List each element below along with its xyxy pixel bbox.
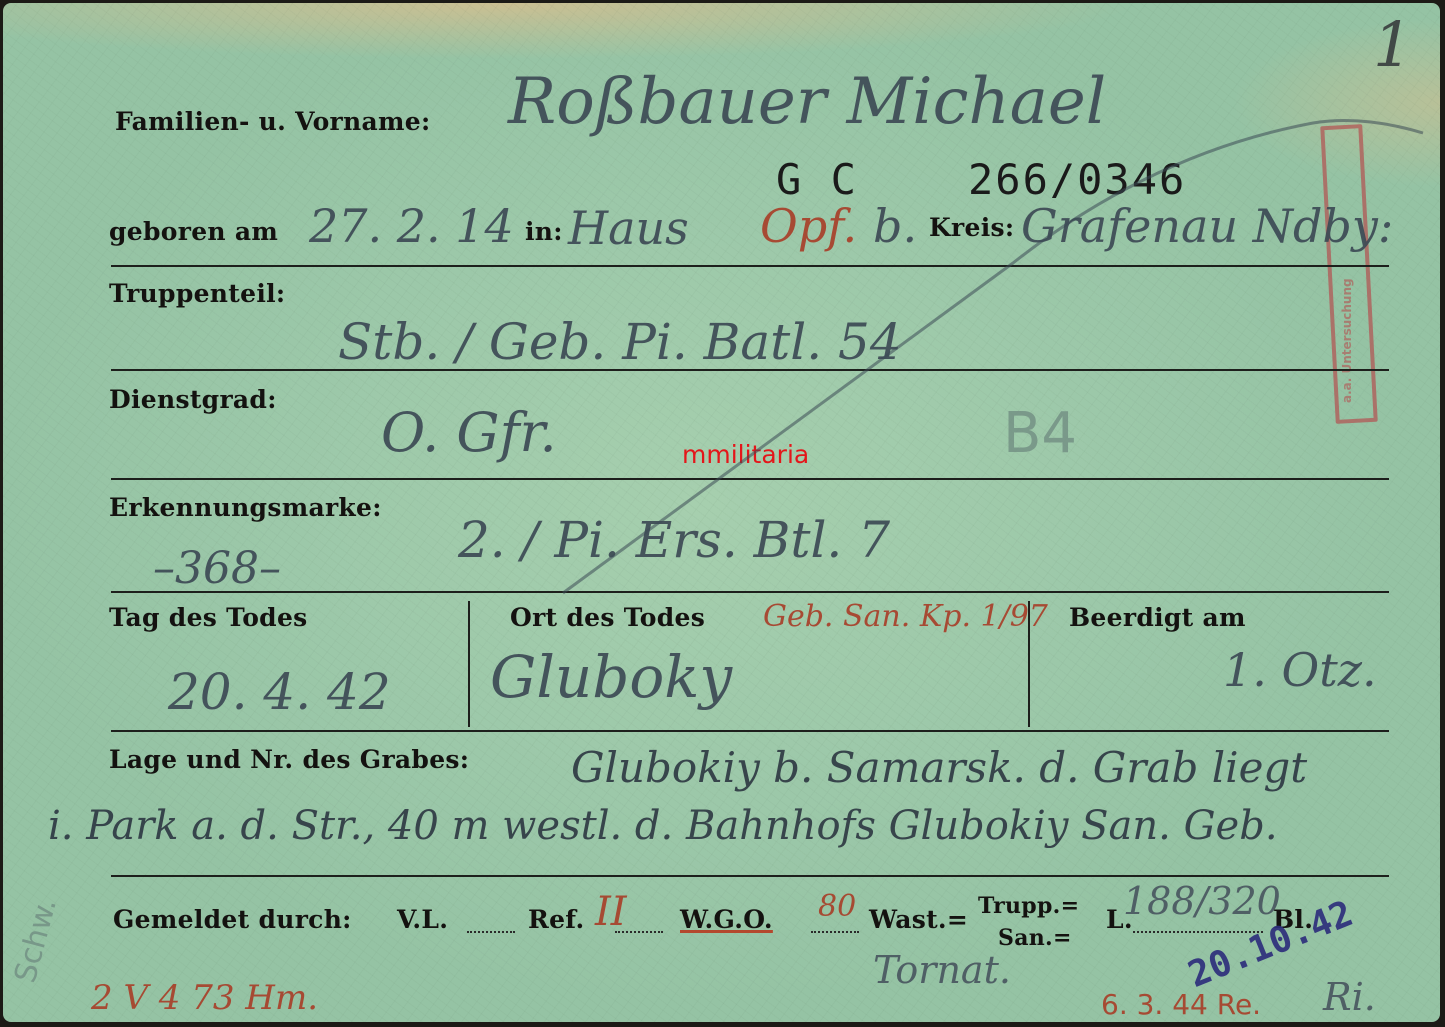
kreis-label: Kreis: xyxy=(929,213,1014,242)
death-day-label: Tag des Todes xyxy=(109,603,308,632)
register-number: 266/0346 xyxy=(968,155,1186,204)
kreis-value: Grafenau Ndby: xyxy=(1021,199,1393,253)
death-place-label: Ort des Todes xyxy=(510,603,705,632)
date-red-note: 6. 3. 44 Re. xyxy=(1101,988,1261,1021)
rule-rank xyxy=(111,478,1389,480)
watermark: mmilitaria xyxy=(682,440,809,469)
born-date: 27. 2. 14 xyxy=(309,199,514,253)
buried-value: 1. Otz. xyxy=(1223,643,1377,697)
divider-1 xyxy=(468,601,470,727)
vl-label: V.L. xyxy=(397,905,448,934)
ref-value: II xyxy=(595,889,627,935)
rule-born xyxy=(111,265,1389,267)
death-place-value: Gluboky xyxy=(490,643,732,711)
born-place-suffix: b. xyxy=(873,199,917,253)
id-tag-value: 2. / Pi. Ers. Btl. 7 xyxy=(458,511,890,569)
trupp-label: Trupp.= xyxy=(978,893,1079,919)
wgo-dots xyxy=(811,931,859,933)
page-number: 1 xyxy=(1373,8,1412,81)
ref-dots xyxy=(615,931,663,933)
unit-label: Truppenteil: xyxy=(109,279,285,308)
grave-line-1: Glubokiy b. Samarsk. d. Grab liegt xyxy=(571,743,1307,792)
born-label: geboren am xyxy=(109,217,278,246)
death-day-value: 20. 4. 42 xyxy=(168,663,391,721)
wgo-value: 80 xyxy=(818,889,856,924)
rule-unit xyxy=(111,369,1389,371)
born-place: Haus xyxy=(568,201,689,255)
divider-2 xyxy=(1028,601,1030,727)
born-in-label: in: xyxy=(525,217,563,246)
ref-label: Ref. xyxy=(528,905,584,934)
id-tag-label: Erkennungsmarke: xyxy=(109,493,382,522)
grave-registration-card: 1 a.a. Untersuchung Familien- u. Vorname… xyxy=(3,3,1440,1022)
rule-death xyxy=(111,730,1389,732)
name-value: Roßbauer Michael xyxy=(508,65,1106,139)
rank-value: O. Gfr. xyxy=(381,401,557,464)
pencil-note: B4 xyxy=(1003,401,1077,466)
death-place-note: Geb. San. Kp. 1/97 xyxy=(763,599,1048,634)
buried-label: Beerdigt am xyxy=(1069,603,1246,632)
unit-value: Stb. / Geb. Pi. Batl. 54 xyxy=(338,313,902,371)
wgo-label: W.G.O. xyxy=(680,905,773,934)
rule-id-tag xyxy=(111,591,1389,593)
grave-label: Lage und Nr. des Grabes: xyxy=(109,745,469,774)
born-place-note: Opf. xyxy=(760,199,857,253)
vl-dots xyxy=(467,931,515,933)
left-margin-pencil: Schw. xyxy=(8,894,64,986)
l-value: 188/320 xyxy=(1123,879,1281,923)
stamp-text: a.a. Untersuchung xyxy=(1340,143,1360,403)
wast-label: Wast.= xyxy=(869,905,968,934)
left-red-note: 2 V 4 73 Hm. xyxy=(91,978,318,1018)
reporter-signature: Tornat. xyxy=(873,948,1011,992)
rule-grave xyxy=(111,875,1389,877)
rank-label: Dienstgrad: xyxy=(109,385,277,414)
register-prefix: G C xyxy=(776,155,858,204)
grave-line-2: i. Park a. d. Str., 40 m westl. d. Bahnh… xyxy=(48,803,1278,849)
id-tag-number: –368– xyxy=(153,543,281,594)
initials: Ri. xyxy=(1323,975,1376,1019)
reported-label: Gemeldet durch: xyxy=(113,905,352,934)
name-label: Familien- u. Vorname: xyxy=(115,107,430,136)
